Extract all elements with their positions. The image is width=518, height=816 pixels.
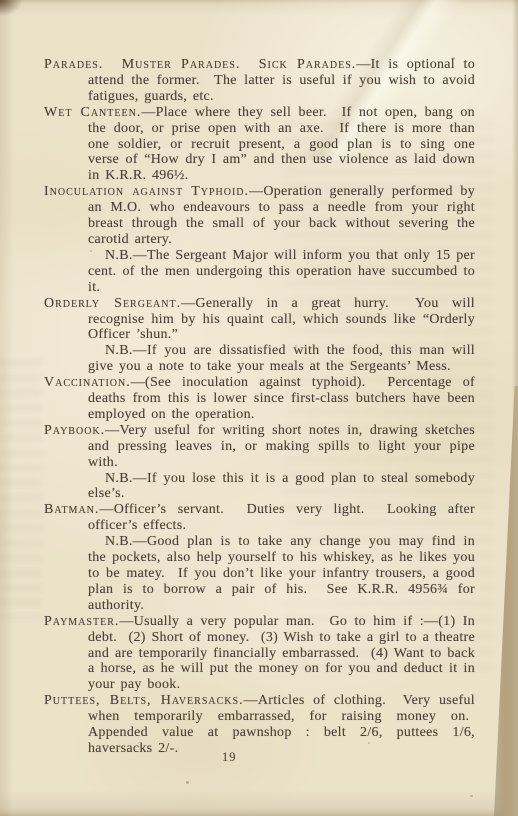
dictionary-entry: Vaccination.—(See inoculation against ty… [44, 375, 475, 423]
dictionary-entry: Puttees, Belts, Haversacks.—Articles of … [44, 693, 475, 757]
dictionary-text: Parades. Muster Parades. Sick Parades.—I… [44, 57, 475, 757]
nb-paragraph: N.B.—If you lose this it is a good plan … [44, 471, 475, 503]
entry-term: Orderly Sergeant. [44, 296, 181, 311]
nb-paragraph: N.B.—The Sergeant Major will inform you … [44, 248, 475, 296]
ink-speck [470, 795, 473, 797]
dictionary-entry: Paymaster.—Usually a very popular man. G… [44, 614, 475, 694]
ink-speck [186, 781, 189, 784]
next-page-edge [494, 386, 518, 816]
entry-term: Wet Canteen. [44, 105, 141, 120]
nb-paragraph: N.B.—Good plan is to take any change you… [44, 534, 475, 614]
nb-text: N.B.—Good plan is to take any change you… [88, 534, 475, 613]
entry-term: Inoculation against Typhoid. [44, 184, 249, 199]
entry-body: —Officer’s servant. Duties very light. L… [88, 502, 475, 533]
entry-term: Parades. Muster Parades. Sick Parades. [44, 57, 356, 72]
dictionary-entry: Paybook.—Very useful for writing short n… [44, 423, 475, 471]
nb-text: N.B.—If you are dissatisfied with the fo… [88, 343, 475, 374]
entry-term: Paymaster. [44, 614, 119, 629]
entry-term: Paybook. [44, 423, 105, 438]
dictionary-entry: Batman.—Officer’s servant. Duties very l… [44, 502, 475, 534]
entry-body: —Very useful for writing short notes in,… [88, 423, 475, 470]
entry-term: Puttees, Belts, Haversacks. [44, 693, 244, 708]
entry-term: Batman. [44, 502, 99, 517]
entry-body: —Usually a very popular man. Go to him i… [88, 614, 475, 693]
nb-text: N.B.—If you lose this it is a good plan … [88, 471, 475, 502]
dictionary-entry: Inoculation against Typhoid.—Operation g… [44, 184, 475, 248]
nb-paragraph: N.B.—If you are dissatisfied with the fo… [44, 343, 475, 375]
entry-term: Vaccination. [44, 375, 131, 390]
dictionary-entry: Wet Canteen.—Place where they sell beer.… [44, 105, 475, 185]
nb-text: N.B.—The Sergeant Major will inform you … [88, 248, 475, 295]
entry-body: —Place where they sell beer. If not open… [88, 105, 475, 184]
show-through-ghosting-left [0, 360, 42, 620]
dictionary-entry: Parades. Muster Parades. Sick Parades.—I… [44, 57, 475, 105]
dictionary-entry: Orderly Sergeant.—Generally in a great h… [44, 296, 475, 344]
page-number: 19 [222, 750, 237, 765]
entry-body: —(See inoculation against typhoid). Perc… [88, 375, 475, 422]
book-page: Parades. Muster Parades. Sick Parades.—I… [0, 0, 518, 816]
corner-smudge [0, 0, 22, 16]
